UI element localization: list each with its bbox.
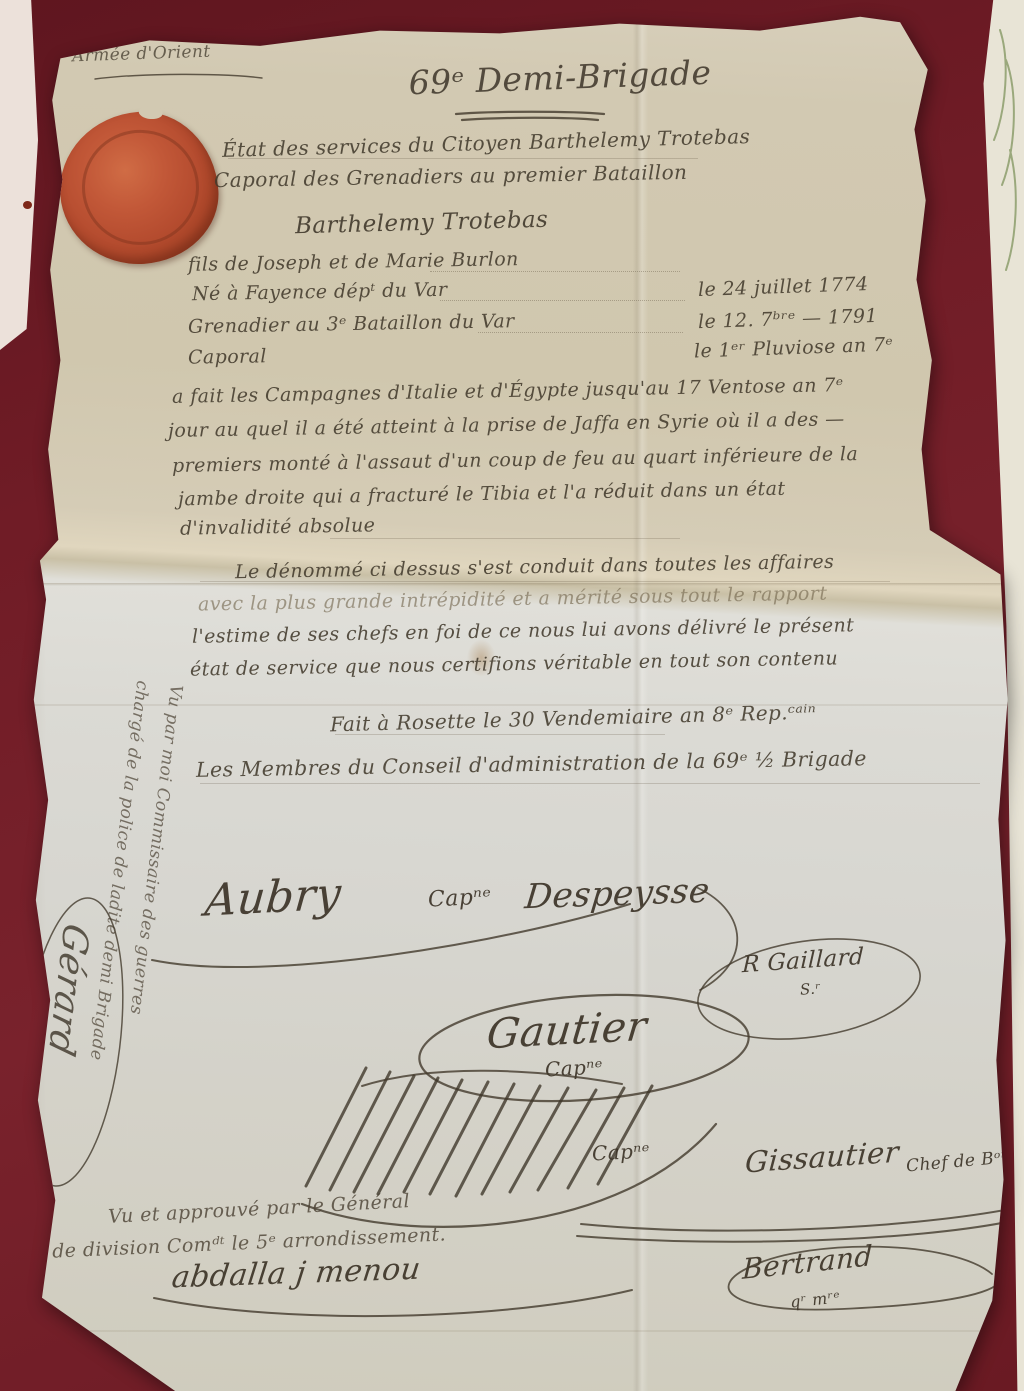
photo-of-document: Armée d'Orient 69ᵉ Demi-Brigade État des… [0,0,1024,1391]
campaign-line-3: premiers monté à l'assaut d'un coup de f… [172,443,858,477]
leader-row-2 [478,331,683,333]
conduct-line-2: avec la plus grande intrépidité et a mér… [198,583,828,616]
conduct-line-4: état de service que nous certifions véri… [190,647,838,680]
record-date-birth: le 24 juillet 1774 [698,273,869,301]
rule-after-absolue [330,537,680,539]
menou-underline-flourish [148,1284,638,1329]
rule-under-dateline [335,733,665,735]
record-label-grenadier: Grenadier au 3ᵉ Bataillon du Var [188,310,515,338]
conduct-line-3: l'estime de ses chefs en foi de ce nous … [192,614,854,648]
wax-seal-inner-ring [80,128,201,247]
rule-under-council [200,782,980,784]
intro-line-2: Caporal des Grenadiers au premier Batail… [214,160,688,192]
page-title: 69ᵉ Demi-Brigade [329,50,790,105]
intro-underline [228,157,698,159]
fold-crease-main [0,583,1024,586]
gerard-oval-flourish [16,890,131,1200]
wax-seal [55,107,223,270]
record-date-grenadier: le 12. 7ᵇʳᵉ — 1791 [698,305,879,333]
dateline: Fait à Rosette le 30 Vendemiaire an 8ᵉ R… [330,700,817,737]
leader-filiation [430,270,680,272]
campaign-line-2: jour au quel il a été atteint à la prise… [168,408,845,442]
wax-seal-nick [138,105,163,120]
signature-despeysse: Despeysse [523,871,712,918]
campaign-line-5: d'invalidité absolue [180,514,376,539]
corner-note-underline [92,72,267,84]
campaign-line-4: jambe droite qui a fracturé le Tibia et … [178,478,786,511]
bertrand-oval-flourish [692,1236,1012,1331]
record-date-caporal: le 1ᵉʳ Pluviose an 7ᵉ [694,334,894,363]
leader-row-1 [440,299,685,301]
corner-note: Armée d'Orient [72,42,211,67]
record-label-birth: Né à Fayence dépᵗ du Var [192,279,448,305]
campaign-line-1: a fait les Campagnes d'Italie et d'Égypt… [172,374,844,408]
title-underline [452,110,612,124]
signature-gissautier-title: Chef de Bᵒⁿ [905,1148,1009,1177]
conduct-line-1: Le dénommé ci dessus s'est conduit dans … [235,551,834,583]
approval-line-1: Vu et approuvé par le Général [108,1190,411,1228]
signature-gissautier: Gissautier [744,1134,900,1179]
name-heading: Barthelemy Trotebas [295,207,549,240]
paper-sheet: Armée d'Orient 69ᵉ Demi-Brigade État des… [0,0,1024,1391]
rule-under-conduct-1 [200,580,890,582]
council-line: Les Membres du Conseil d'administration … [196,746,867,782]
paper-sheet-wrap: Armée d'Orient 69ᵉ Demi-Brigade État des… [0,0,1024,1391]
record-label-caporal: Caporal [188,345,267,368]
